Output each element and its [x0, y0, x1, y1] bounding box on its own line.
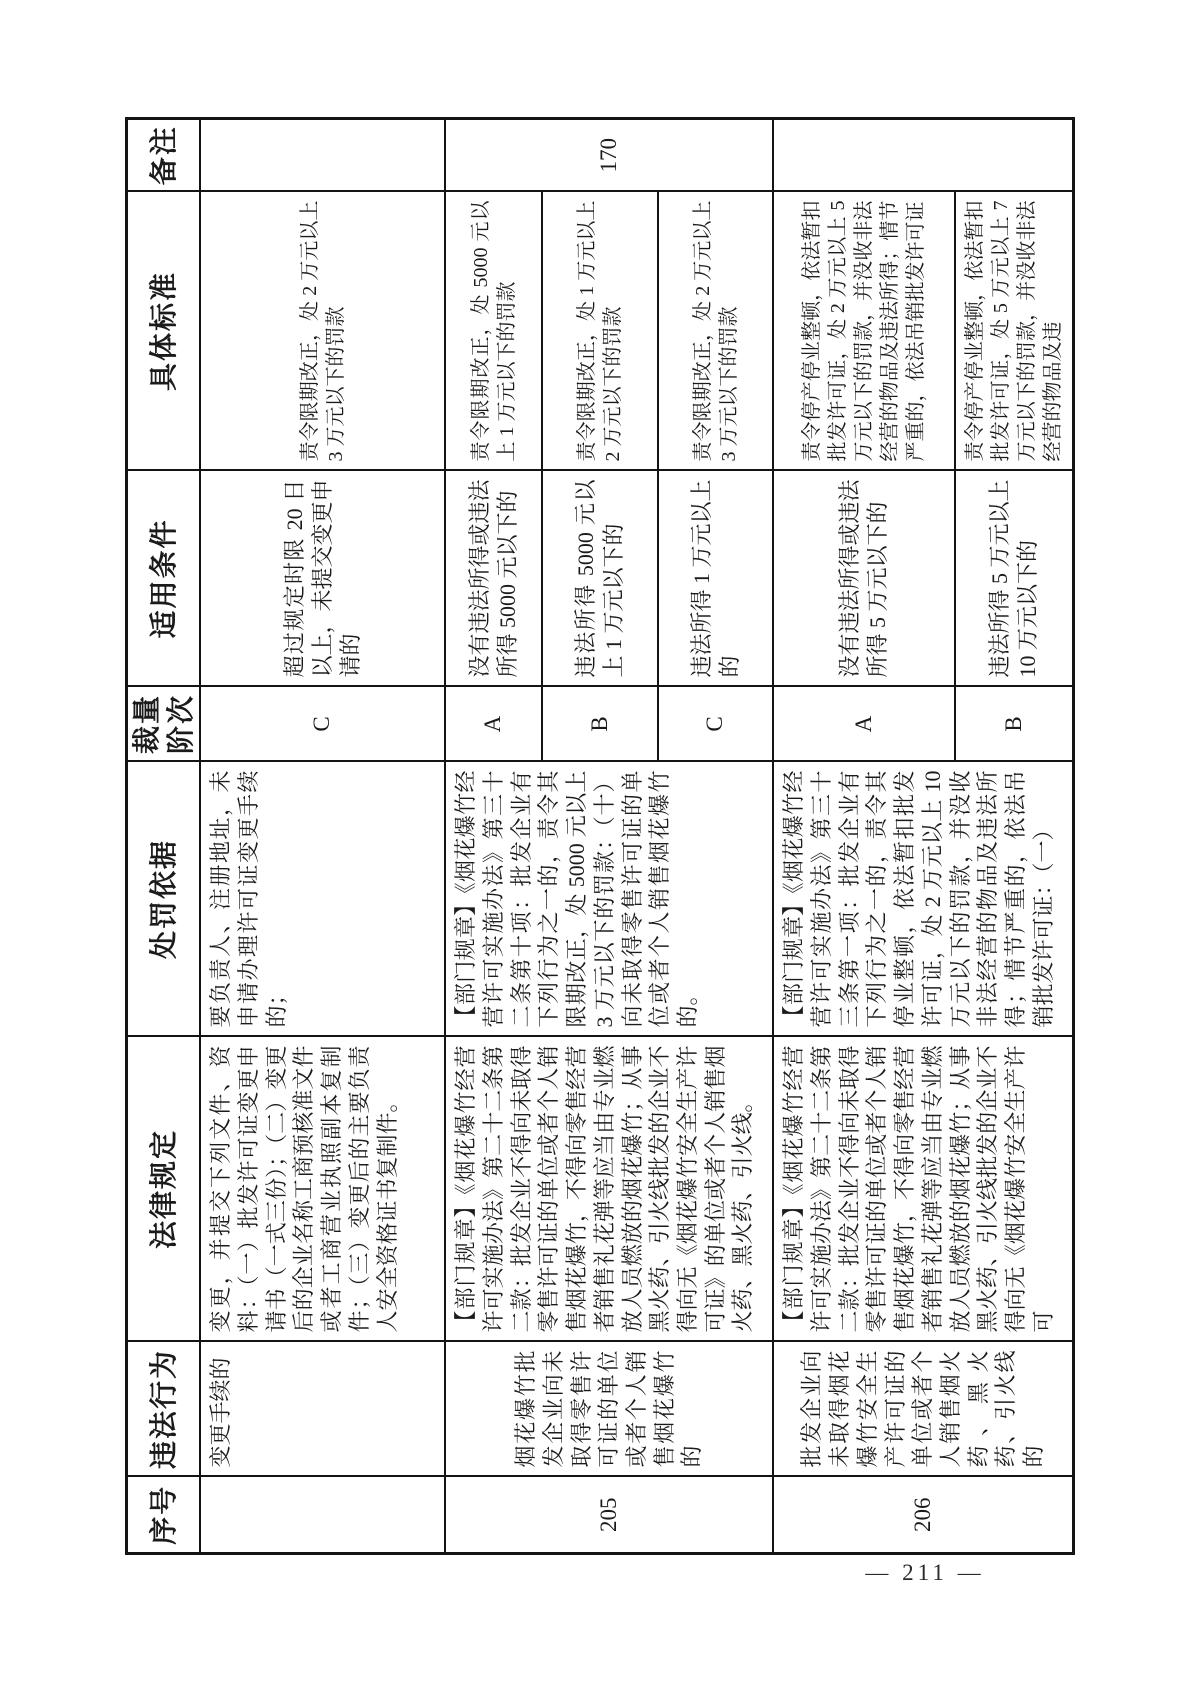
- cell-level-205-b: B: [542, 687, 658, 762]
- cell-level-206-a: A: [773, 687, 955, 762]
- cell-law-204: 变更，并提交下列文件、资料：（一）批发许可证变更申请书（一式三份）；（二）变更后…: [200, 1037, 445, 1342]
- col-header-law: 法律规定: [127, 1037, 201, 1342]
- col-header-standard: 具体标准: [127, 192, 201, 471]
- cell-condition-205-c: 违法所得 1 万元以上的: [658, 471, 773, 687]
- cell-level-205-c: C: [658, 687, 773, 762]
- col-header-condition: 适用条件: [127, 471, 201, 687]
- cell-standard-205-a: 责令限期改正，处 5000 元以上 1 万元以下的罚款: [445, 192, 542, 471]
- cell-remark-206: [773, 119, 1074, 192]
- rotated-table-container: 序号 违法行为 法律规定 处罚依据 裁量阶次 适用条件 具体标准 备注 变更手续…: [125, 120, 1063, 1555]
- cell-condition-206-b: 违法所得 5 万元以上 10 万元以下的: [955, 471, 1074, 687]
- cell-condition-205-a: 没有违法所得或违法所得 5000 元以下的: [445, 471, 542, 687]
- col-header-level: 裁量阶次: [127, 687, 201, 762]
- cell-standard-204-c: 责令限期改正，处 2 万元以上 3 万元以下的罚款: [200, 192, 445, 471]
- cell-remark-205: 170: [445, 119, 773, 192]
- row-204-continued: 变更手续的 变更，并提交下列文件、资料：（一）批发许可证变更申请书（一式三份）；…: [200, 119, 445, 1554]
- cell-standard-206-a: 责令停产停业整顿，依法暂扣批发许可证，处 2 万元以上 5 万元以下的罚款，并没…: [773, 192, 955, 471]
- penalty-discretion-table: 序号 违法行为 法律规定 处罚依据 裁量阶次 适用条件 具体标准 备注 变更手续…: [125, 117, 1075, 1555]
- cell-remark-204: [200, 119, 445, 192]
- cell-behavior-205: 烟花爆竹批发企业向未取得零售许可证的单位或者个人销售烟花爆竹的: [445, 1342, 773, 1477]
- row-206-subrow-a: 206 批发企业向未取得烟花爆竹安全生产许可证的单位或者个人销售烟火药、黑火药、…: [773, 119, 955, 1554]
- cell-law-205: 【部门规章】《烟花爆竹经营许可实施办法》第二十二条第二款：批发企业不得向未取得零…: [445, 1037, 773, 1342]
- cell-serial-205: 205: [445, 1477, 773, 1554]
- cell-standard-206-b: 责令停产停业整顿，依法暂扣批发许可证，处 5 万元以上 7 万元以下的罚款，并没…: [955, 192, 1074, 471]
- col-header-behavior: 违法行为: [127, 1342, 201, 1477]
- cell-behavior-204: 变更手续的: [200, 1342, 445, 1477]
- cell-level-206-b: B: [955, 687, 1074, 762]
- cell-serial-206: 206: [773, 1477, 1074, 1554]
- cell-level-205-a: A: [445, 687, 542, 762]
- col-header-serial: 序号: [127, 1477, 201, 1554]
- col-header-remark: 备注: [127, 119, 201, 192]
- cell-serial-204: [200, 1477, 445, 1554]
- cell-behavior-206: 批发企业向未取得烟花爆竹安全生产许可证的单位或者个人销售烟火药、黑火药、引火线的: [773, 1342, 1074, 1477]
- cell-basis-206: 【部门规章】《烟花爆竹经营许可实施办法》第三十三条第一项：批发企业有下列行为之一…: [773, 762, 1074, 1037]
- cell-standard-205-c: 责令限期改正，处 2 万元以上 3 万元以下的罚款: [658, 192, 773, 471]
- cell-basis-204: 要负责人、注册地址，未申请办理许可证变更手续的；: [200, 762, 445, 1037]
- row-205-subrow-a: 205 烟花爆竹批发企业向未取得零售许可证的单位或者个人销售烟花爆竹的 【部门规…: [445, 119, 542, 1554]
- cell-basis-205: 【部门规章】《烟花爆竹经营许可实施办法》第三十二条第十项：批发企业有下列行为之一…: [445, 762, 773, 1037]
- cell-level-204-c: C: [200, 687, 445, 762]
- cell-condition-205-b: 违法所得 5000 元以上 1 万元以下的: [542, 471, 658, 687]
- col-header-basis: 处罚依据: [127, 762, 201, 1037]
- cell-standard-205-b: 责令限期改正，处 1 万元以上 2 万元以下的罚款: [542, 192, 658, 471]
- header-row: 序号 违法行为 法律规定 处罚依据 裁量阶次 适用条件 具体标准 备注: [127, 119, 201, 1554]
- cell-condition-206-a: 没有违法所得或违法所得 5 万元以下的: [773, 471, 955, 687]
- page-number: — 211 —: [840, 1560, 1010, 1586]
- cell-condition-204-c: 超过规定时限 20 日以上，未提交变更申请的: [200, 471, 445, 687]
- cell-law-206: 【部门规章】《烟花爆竹经营许可实施办法》第二十二条第二款：批发企业不得向未取得零…: [773, 1037, 1074, 1342]
